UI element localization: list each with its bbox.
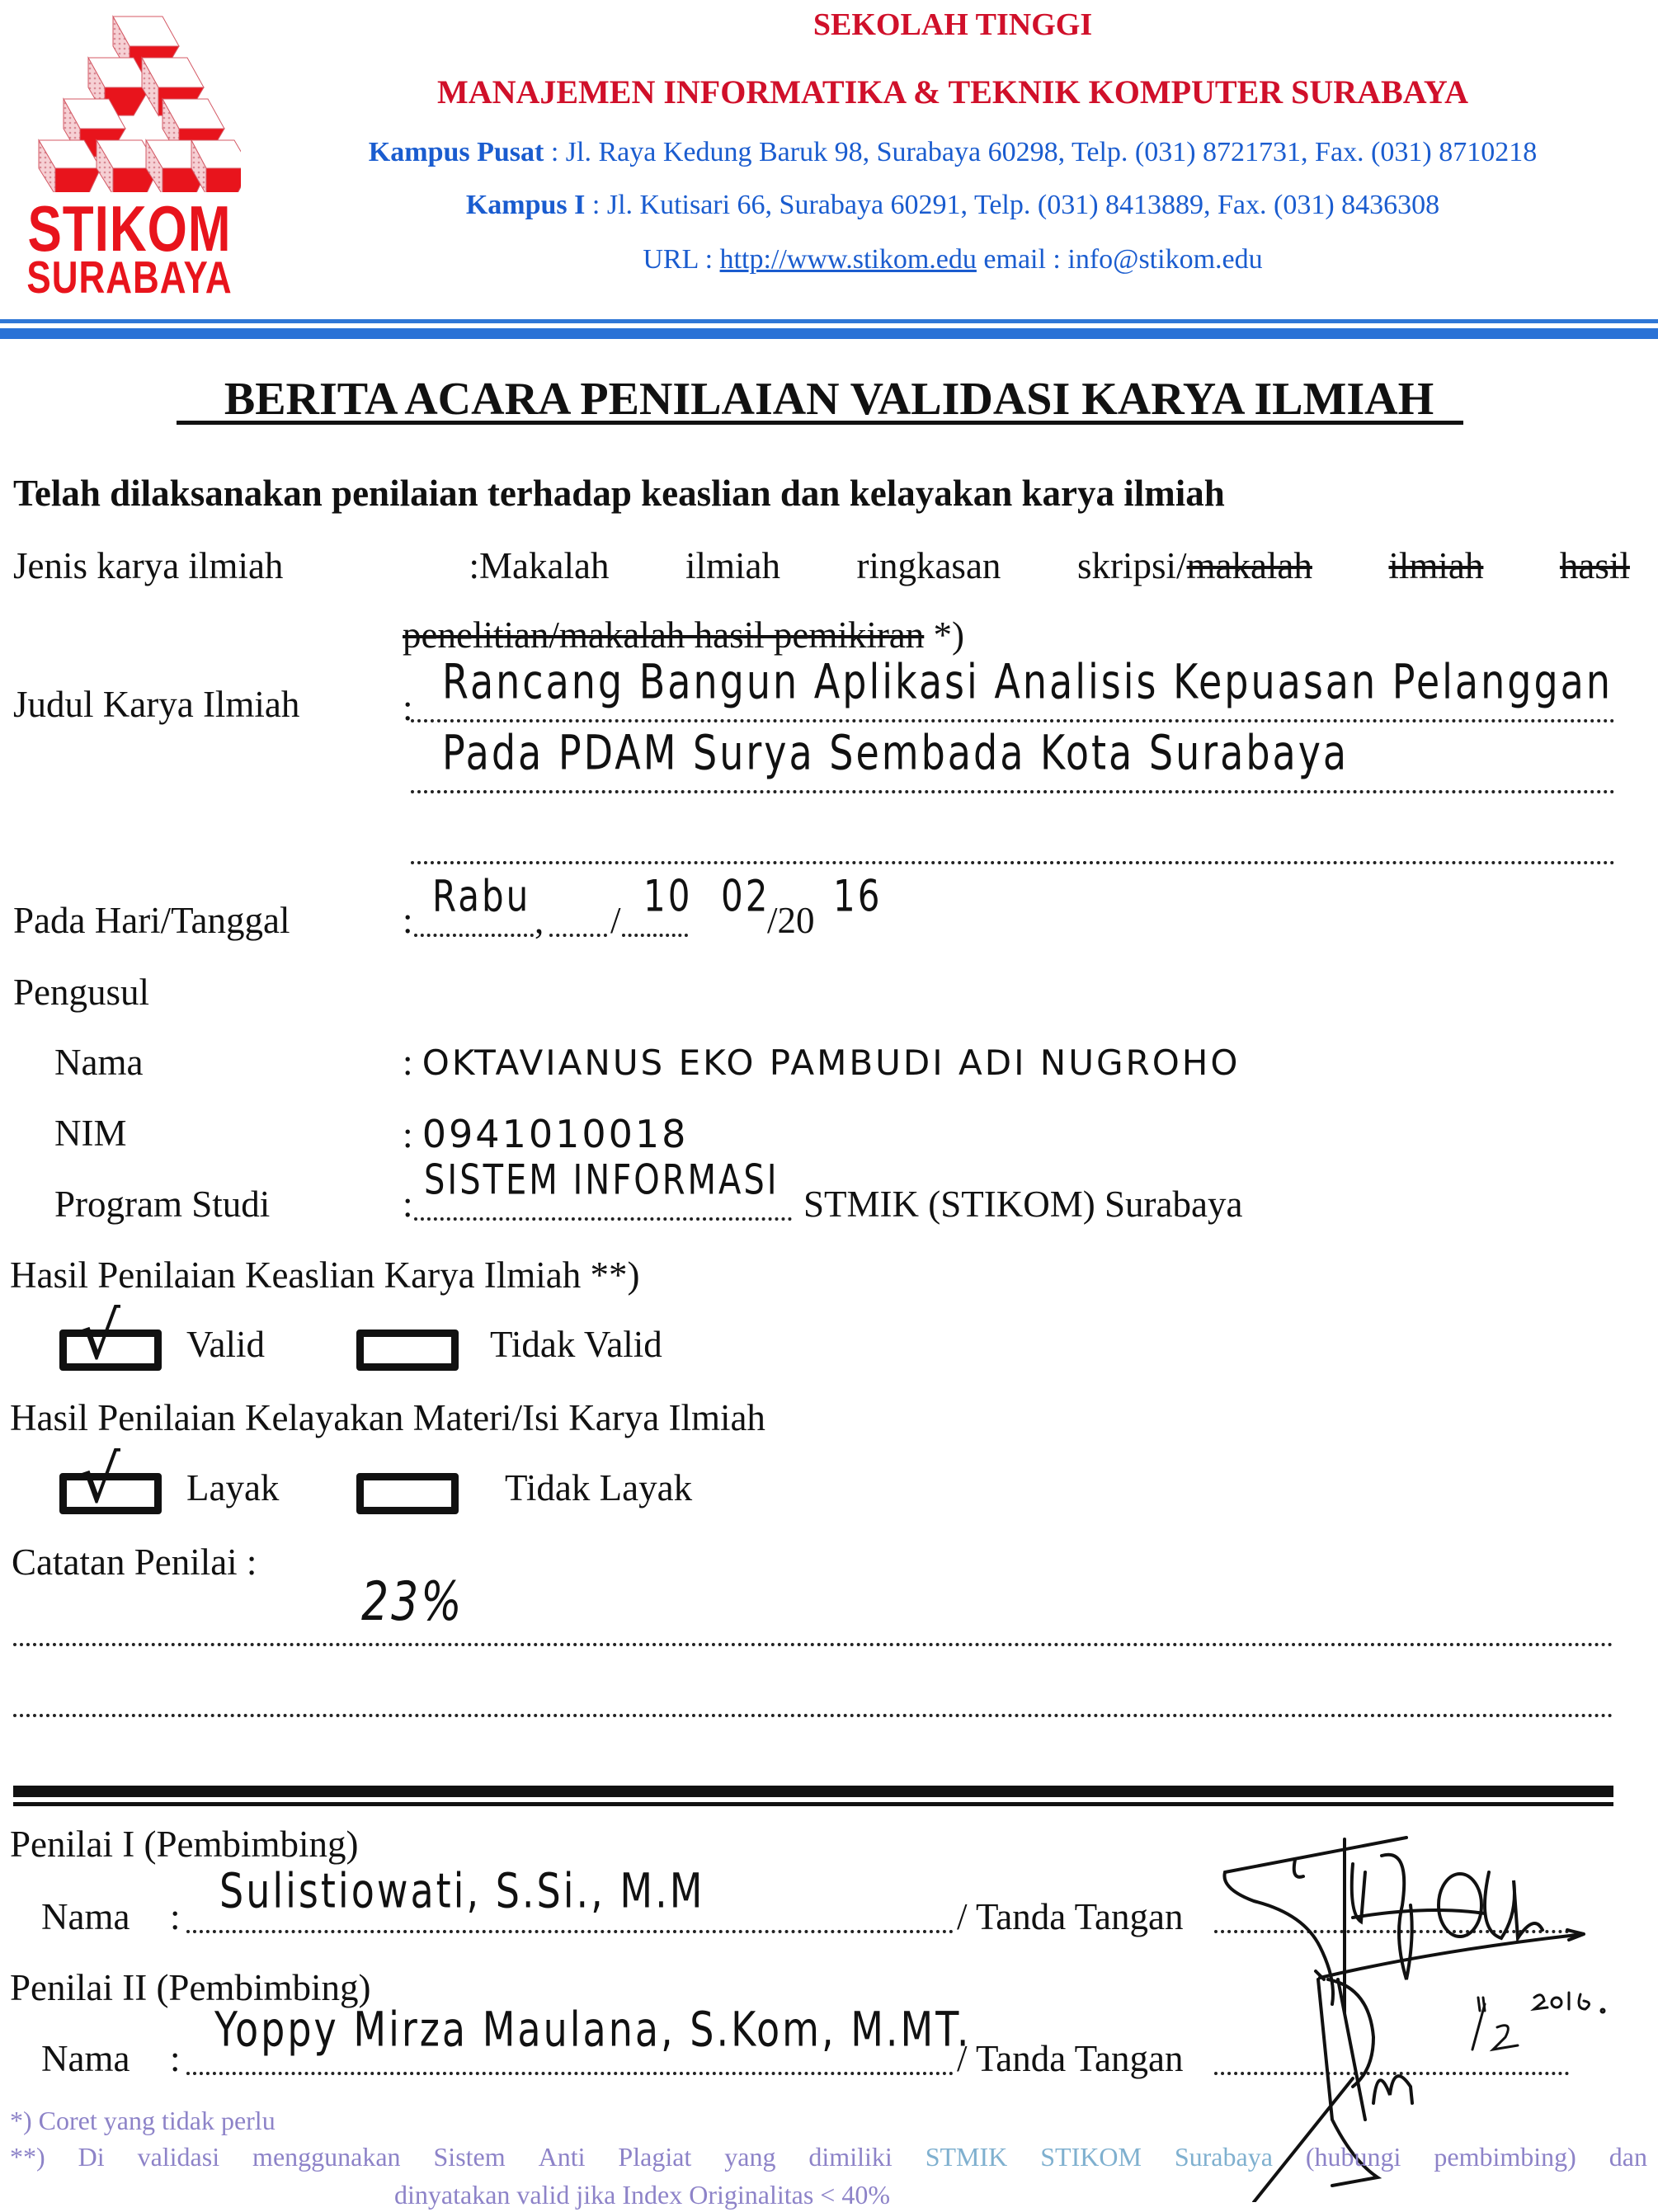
- dotted-line: [411, 861, 1615, 864]
- section-divider-heavy: [13, 1786, 1613, 1797]
- email-text: email : info@stikom.edu: [977, 244, 1263, 275]
- valid-checkbox[interactable]: √: [59, 1330, 162, 1371]
- penilai1-ttd-label: / Tanda Tangan: [957, 1895, 1183, 1938]
- penilai2-ttd-label: / Tanda Tangan: [957, 2037, 1183, 2080]
- jenis-karya-row: Jenis karya ilmiah :Makalah ilmiah ringk…: [13, 544, 1630, 587]
- jenis-struck-text: makalah: [1186, 545, 1312, 586]
- footnote-2: **) Di validasi menggunakan Sistem Anti …: [10, 2142, 1647, 2172]
- footnote-word: (hubungi: [1306, 2142, 1401, 2172]
- campus-1: Kampus I : Jl. Kutisari 66, Surabaya 602…: [247, 190, 1658, 221]
- tanggal-label: Pada Hari/Tanggal: [13, 899, 290, 942]
- section-divider-thin: [13, 1802, 1613, 1806]
- jenis-word: skripsi/makalah: [1077, 544, 1312, 587]
- pengusul-label: Pengusul: [13, 971, 149, 1014]
- handwritten-penilai2-nama[interactable]: Yoppy Mirza Maulana, S.Kom, M.MT.: [214, 2002, 971, 2058]
- check-mark-icon: √: [78, 1307, 120, 1365]
- tidak-valid-checkbox[interactable]: [356, 1330, 459, 1371]
- kelayakan-label: Hasil Penilaian Kelayakan Materi/Isi Kar…: [10, 1396, 765, 1439]
- footnote-word: pembimbing): [1434, 2142, 1576, 2172]
- dotted-line: [549, 934, 607, 937]
- catatan-line-2[interactable]: [13, 1714, 1613, 1717]
- tidak-layak-option-label: Tidak Layak: [505, 1466, 692, 1509]
- handwritten-catatan: 23%: [361, 1571, 464, 1633]
- handwritten-prodi: SISTEM INFORMASI: [424, 1157, 780, 1205]
- lead-statement: Telah dilaksanakan penilaian terhadap ke…: [13, 472, 1225, 515]
- tidak-valid-option-label: Tidak Valid: [490, 1323, 662, 1366]
- nama-label: Nama: [54, 1041, 143, 1084]
- layak-checkbox[interactable]: √: [59, 1473, 162, 1514]
- prodi-label: Program Studi: [54, 1183, 270, 1226]
- jenis-skripsi: skripsi/: [1077, 545, 1187, 586]
- dotted-line: [414, 934, 534, 937]
- url-label: URL :: [643, 244, 719, 275]
- penilai2-nama-label: Nama: [41, 2037, 130, 2080]
- institution-line-1: SEKOLAH TINGGI: [247, 7, 1658, 43]
- dotted-line: [411, 719, 1615, 722]
- footnote-word: dimiliki: [808, 2142, 892, 2172]
- footnote-word: validasi: [138, 2142, 220, 2172]
- nim-field[interactable]: : 0941010018: [403, 1112, 688, 1156]
- institution-line-2: MANAJEMEN INFORMATIKA & TEKNIK KOMPUTER …: [247, 73, 1658, 111]
- footnote-word: dan: [1609, 2142, 1647, 2172]
- title-underline: [177, 421, 1463, 425]
- dotted-line: [186, 1930, 954, 1933]
- header-divider-thick: [0, 328, 1658, 339]
- jenis-struck-text: hasil: [1560, 544, 1630, 587]
- footnote-3: dinyatakan valid jika Index Originalitas…: [394, 2180, 890, 2210]
- handwritten-day: Rabu: [432, 871, 530, 921]
- handwritten-title-1: Rancang Bangun Aplikasi Analisis Kepuasa…: [442, 654, 1613, 710]
- dotted-line: [411, 790, 1615, 793]
- handwritten-nim: 0941010018: [422, 1112, 689, 1156]
- jenis-note: *): [924, 614, 964, 656]
- keaslian-label: Hasil Penilaian Keaslian Karya Ilmiah **…: [10, 1254, 640, 1297]
- layak-option-label: Layak: [186, 1466, 279, 1509]
- judul-label: Judul Karya Ilmiah: [13, 683, 299, 726]
- jenis-word: ilmiah: [685, 544, 780, 587]
- header-divider-thin: [0, 319, 1658, 323]
- dotted-line: [414, 1217, 792, 1221]
- jenis-struck-text: penelitian/makalah hasil pemikiran: [403, 614, 924, 656]
- footnote-word: Plagiat: [618, 2142, 691, 2172]
- check-mark-icon: √: [78, 1451, 120, 1508]
- catatan-label: Catatan Penilai :: [12, 1541, 257, 1584]
- nama-field[interactable]: : OKTAVIANUS EKO PAMBUDI ADI NUGROHO: [403, 1041, 1240, 1084]
- tidak-layak-checkbox[interactable]: [356, 1473, 459, 1514]
- handwritten-nama: OKTAVIANUS EKO PAMBUDI ADI NUGROHO: [422, 1042, 1241, 1083]
- jenis-struck-text: ilmiah: [1388, 544, 1483, 587]
- signature-date-icon: [1472, 1993, 1604, 2050]
- logo-text-surabaya: SURABAYA: [18, 256, 241, 301]
- handwritten-date-month: 02: [721, 871, 770, 921]
- tanggal-field[interactable]: : Rabu , 10 / 02 /20 16: [403, 899, 914, 942]
- judul-line-1[interactable]: : Rancang Bangun Aplikasi Analisis Kepua…: [403, 686, 1615, 729]
- footnote-word: Anti: [539, 2142, 586, 2172]
- handwritten-year: 16: [833, 871, 882, 921]
- jenis-word: ringkasan: [856, 544, 1001, 587]
- footnote-word: **): [10, 2142, 45, 2172]
- year-prefix: /20: [767, 899, 815, 942]
- handwritten-penilai1-nama[interactable]: Sulistiowati, S.Si., M.M: [219, 1863, 704, 1919]
- footnote-word: Surabaya: [1175, 2142, 1273, 2172]
- prodi-field[interactable]: : SISTEM INFORMASI STMIK (STIKOM) Suraba…: [403, 1183, 413, 1226]
- website-link[interactable]: http://www.stikom.edu: [720, 244, 977, 275]
- nim-label: NIM: [54, 1112, 127, 1155]
- penilai1-heading: Penilai I (Pembimbing): [10, 1823, 358, 1866]
- campus-1-label: Kampus I: [466, 190, 586, 220]
- signature-penilai1-icon: [1224, 1838, 1584, 2012]
- footnote-word: STIKOM: [1040, 2142, 1142, 2172]
- campus-main-address: : Jl. Raya Kedung Baruk 98, Surabaya 602…: [544, 137, 1537, 167]
- footnote-word: STMIK: [926, 2142, 1008, 2172]
- valid-option-label: Valid: [186, 1323, 265, 1366]
- document-title: BERITA ACARA PENILAIAN VALIDASI KARYA IL…: [0, 373, 1658, 426]
- handwritten-date-day: 10: [643, 871, 692, 921]
- stacked-cubes-triangle-logo-icon: [18, 7, 241, 192]
- handwritten-title-2: Pada PDAM Surya Sembada Kota Surabaya: [442, 725, 1349, 781]
- contact-line: URL : http://www.stikom.edu email : info…: [247, 244, 1658, 275]
- footnote-word: Sistem: [434, 2142, 506, 2172]
- campus-main: Kampus Pusat : Jl. Raya Kedung Baruk 98,…: [247, 137, 1658, 168]
- prodi-suffix: STMIK (STIKOM) Surabaya: [803, 1183, 1242, 1226]
- footnote-word: menggunakan: [252, 2142, 401, 2172]
- penilai1-nama-label: Nama: [41, 1895, 130, 1938]
- catatan-line-1[interactable]: [13, 1643, 1613, 1646]
- footnote-word: Di: [78, 2142, 105, 2172]
- dotted-line: [186, 2072, 954, 2075]
- jenis-label: Jenis karya ilmiah: [13, 544, 393, 587]
- jenis-line-2: penelitian/makalah hasil pemikiran *): [403, 614, 964, 657]
- footnote-1: *) Coret yang tidak perlu: [10, 2106, 276, 2136]
- stikom-logo: STIKOM SURABAYA: [18, 7, 241, 295]
- dotted-line: [622, 934, 688, 937]
- footnote-word: yang: [724, 2142, 775, 2172]
- jenis-word: :Makalah: [469, 544, 610, 587]
- campus-1-address: : Jl. Kutisari 66, Surabaya 60291, Telp.…: [585, 190, 1439, 220]
- campus-main-label: Kampus Pusat: [369, 137, 544, 167]
